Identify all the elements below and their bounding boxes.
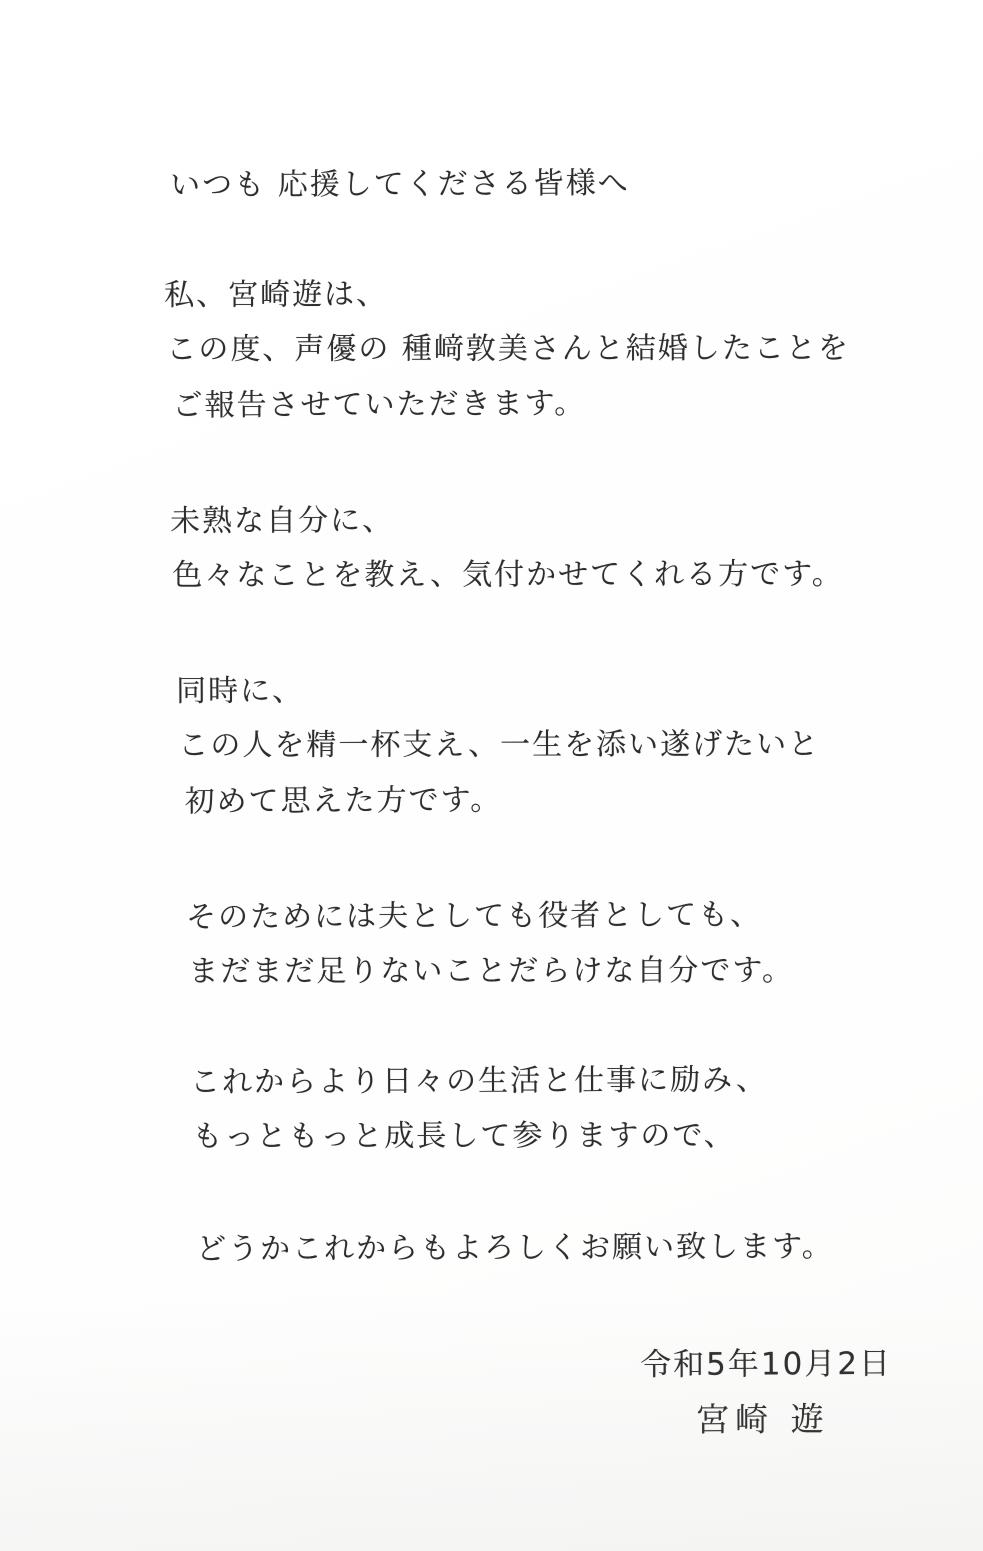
- letter-line: 初めて思えた方です。: [184, 771, 826, 830]
- letter-line: 未熟な自分に、: [170, 491, 842, 549]
- letter-line: どうかこれからもよろしくお願い致します。: [196, 1219, 834, 1277]
- letter-line: 私、宮崎遊は、: [164, 265, 848, 323]
- letter-line: もっともっと成長して参りますので、: [192, 1108, 770, 1164]
- letter-line: これからより日々の生活と仕事に励み、: [190, 1052, 768, 1110]
- letter-line: この人を精一杯支え、一生を添い遂げたいと: [178, 717, 820, 773]
- letter-page: いつも 応援してくださる皆様へ 私、宮崎遊は、 この度、声優の 種﨑敦美さんと結…: [0, 0, 983, 1551]
- letter-date: 令和5年10月2日: [640, 1337, 892, 1393]
- letter-line: ご報告させていただきます。: [172, 374, 856, 433]
- closing-request-line: どうかこれからもよろしくお願い致します。: [196, 1219, 834, 1277]
- letter-line: そのためには夫としても役者としても、: [186, 887, 792, 945]
- letter-line: この度、声優の 種﨑敦美さんと結婚したことを: [166, 321, 850, 377]
- paragraph-marriage-announcement: 私、宮崎遊は、 この度、声優の 種﨑敦美さんと結婚したことを ご報告させていただ…: [164, 265, 848, 433]
- letter-line: まだまだ足りないことだらけな自分です。: [188, 943, 794, 999]
- signature: 宮崎 遊: [696, 1391, 830, 1447]
- letter-line: 色々なことを教え、気付かせてくれる方です。: [172, 547, 844, 603]
- paragraph-resolve-to-grow: これからより日々の生活と仕事に励み、 もっともっと成長して参りますので、: [190, 1052, 768, 1165]
- paragraph-shortcomings: そのためには夫としても役者としても、 まだまだ足りないことだらけな自分です。: [186, 887, 792, 1000]
- letter-line: 同時に、: [176, 661, 818, 719]
- paragraph-lifetime-commitment: 同時に、 この人を精一杯支え、一生を添い遂げたいと 初めて思えた方です。: [176, 661, 819, 829]
- paragraph-about-partner: 未熟な自分に、 色々なことを教え、気付かせてくれる方です。: [170, 491, 842, 604]
- salutation-line: いつも 応援してくださる皆様へ: [170, 156, 630, 213]
